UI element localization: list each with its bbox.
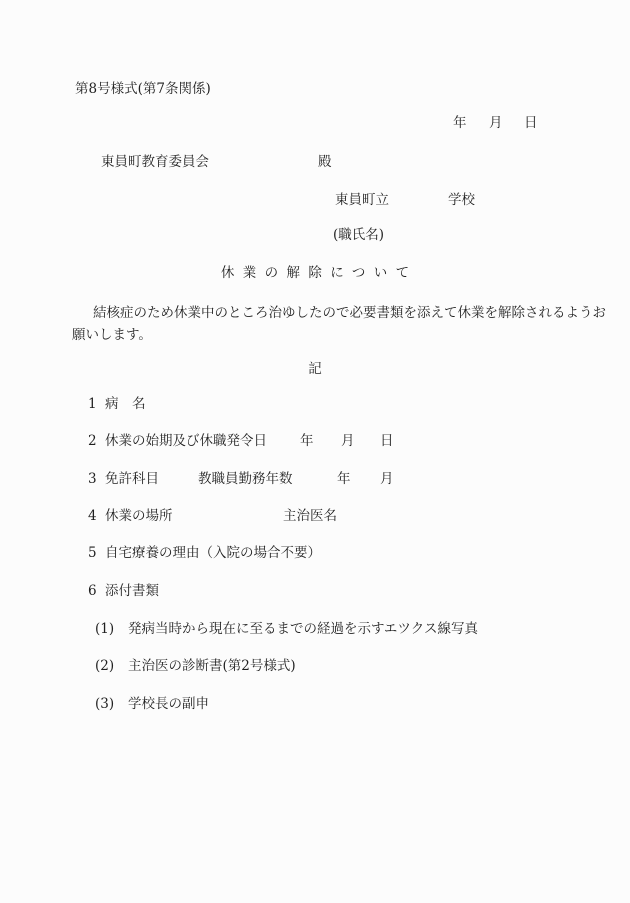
- item-3-month-label: 月: [380, 470, 394, 488]
- addressee-name: 東員町教育委員会: [101, 153, 209, 171]
- document-page: 第8号様式(第7条関係) 年 月 日 東員町教育委員会 殿 東員町立 学校 (職…: [0, 0, 630, 903]
- item-2-day-label: 日: [380, 432, 394, 450]
- sender-school-prefix: 東員町立: [335, 191, 389, 209]
- item-3-label2: 教職員勤務年数: [198, 470, 293, 488]
- form-item-1: 1 病 名: [0, 395, 630, 415]
- attachment-2-label: 主治医の診断書(第2号様式): [128, 657, 296, 675]
- form-item-6: 6 添付書類: [0, 582, 630, 602]
- addressee-honorific: 殿: [318, 153, 332, 171]
- form-item-2: 2 休業の始期及び休職発令日 年 月 日: [0, 432, 630, 452]
- item-2-month-label: 月: [341, 432, 355, 450]
- date-line: 年 月 日: [0, 114, 630, 134]
- item-3-label: 免許科目: [105, 470, 159, 488]
- date-month-label: 月: [489, 114, 503, 132]
- form-item-3: 3 免許科目 教職員勤務年数 年 月: [0, 470, 630, 490]
- body-line-2: 願いします。: [72, 325, 596, 347]
- item-4-number: 4: [88, 507, 97, 525]
- item-3-year-label: 年: [337, 470, 351, 488]
- document-title: 休業の解除について: [0, 264, 630, 282]
- item-2-label: 休業の始期及び休職発令日: [105, 432, 267, 450]
- item-3-number: 3: [88, 470, 97, 488]
- sender-school-line: 東員町立 学校: [0, 191, 630, 211]
- list-marker: 記: [0, 360, 630, 378]
- item-1-label: 病 名: [105, 395, 146, 413]
- attachment-1-label: 発病当時から現在に至るまでの経過を示すエツクス線写真: [128, 620, 478, 638]
- attachment-item-1: (1) 発病当時から現在に至るまでの経過を示すエツクス線写真: [0, 620, 630, 640]
- form-item-5: 5 自宅療養の理由（入院の場合不要）: [0, 544, 630, 564]
- attachment-1-number: (1): [95, 620, 114, 638]
- body-line-1: 結核症のため休業中のところ治ゆしたので必要書類を添えて休業を解除されるようお: [72, 303, 596, 325]
- date-year-label: 年: [453, 114, 467, 132]
- addressee-line: 東員町教育委員会 殿: [0, 153, 630, 173]
- item-5-label: 自宅療養の理由（入院の場合不要）: [105, 544, 321, 562]
- sender-signer-label: (職氏名): [333, 226, 384, 244]
- sender-school-suffix: 学校: [448, 191, 475, 209]
- item-5-number: 5: [88, 544, 97, 562]
- attachment-2-number: (2): [95, 657, 114, 675]
- item-2-number: 2: [88, 432, 97, 450]
- form-number: 第8号様式(第7条関係): [75, 80, 211, 98]
- item-4-label2: 主治医名: [283, 507, 337, 525]
- item-6-number: 6: [88, 582, 97, 600]
- sender-signer-line: (職氏名): [0, 226, 630, 246]
- attachment-item-3: (3) 学校長の副申: [0, 695, 630, 715]
- form-number-line: 第8号様式(第7条関係): [0, 80, 630, 100]
- attachment-3-label: 学校長の副申: [128, 695, 209, 713]
- item-1-number: 1: [88, 395, 97, 413]
- attachment-item-2: (2) 主治医の診断書(第2号様式): [0, 657, 630, 677]
- item-2-year-label: 年: [300, 432, 314, 450]
- form-item-4: 4 休業の場所 主治医名: [0, 507, 630, 527]
- item-6-label: 添付書類: [105, 582, 159, 600]
- date-day-label: 日: [524, 114, 538, 132]
- attachment-3-number: (3): [95, 695, 114, 713]
- item-4-label: 休業の場所: [105, 507, 173, 525]
- body-paragraph: 結核症のため休業中のところ治ゆしたので必要書類を添えて休業を解除されるようお 願…: [72, 303, 596, 346]
